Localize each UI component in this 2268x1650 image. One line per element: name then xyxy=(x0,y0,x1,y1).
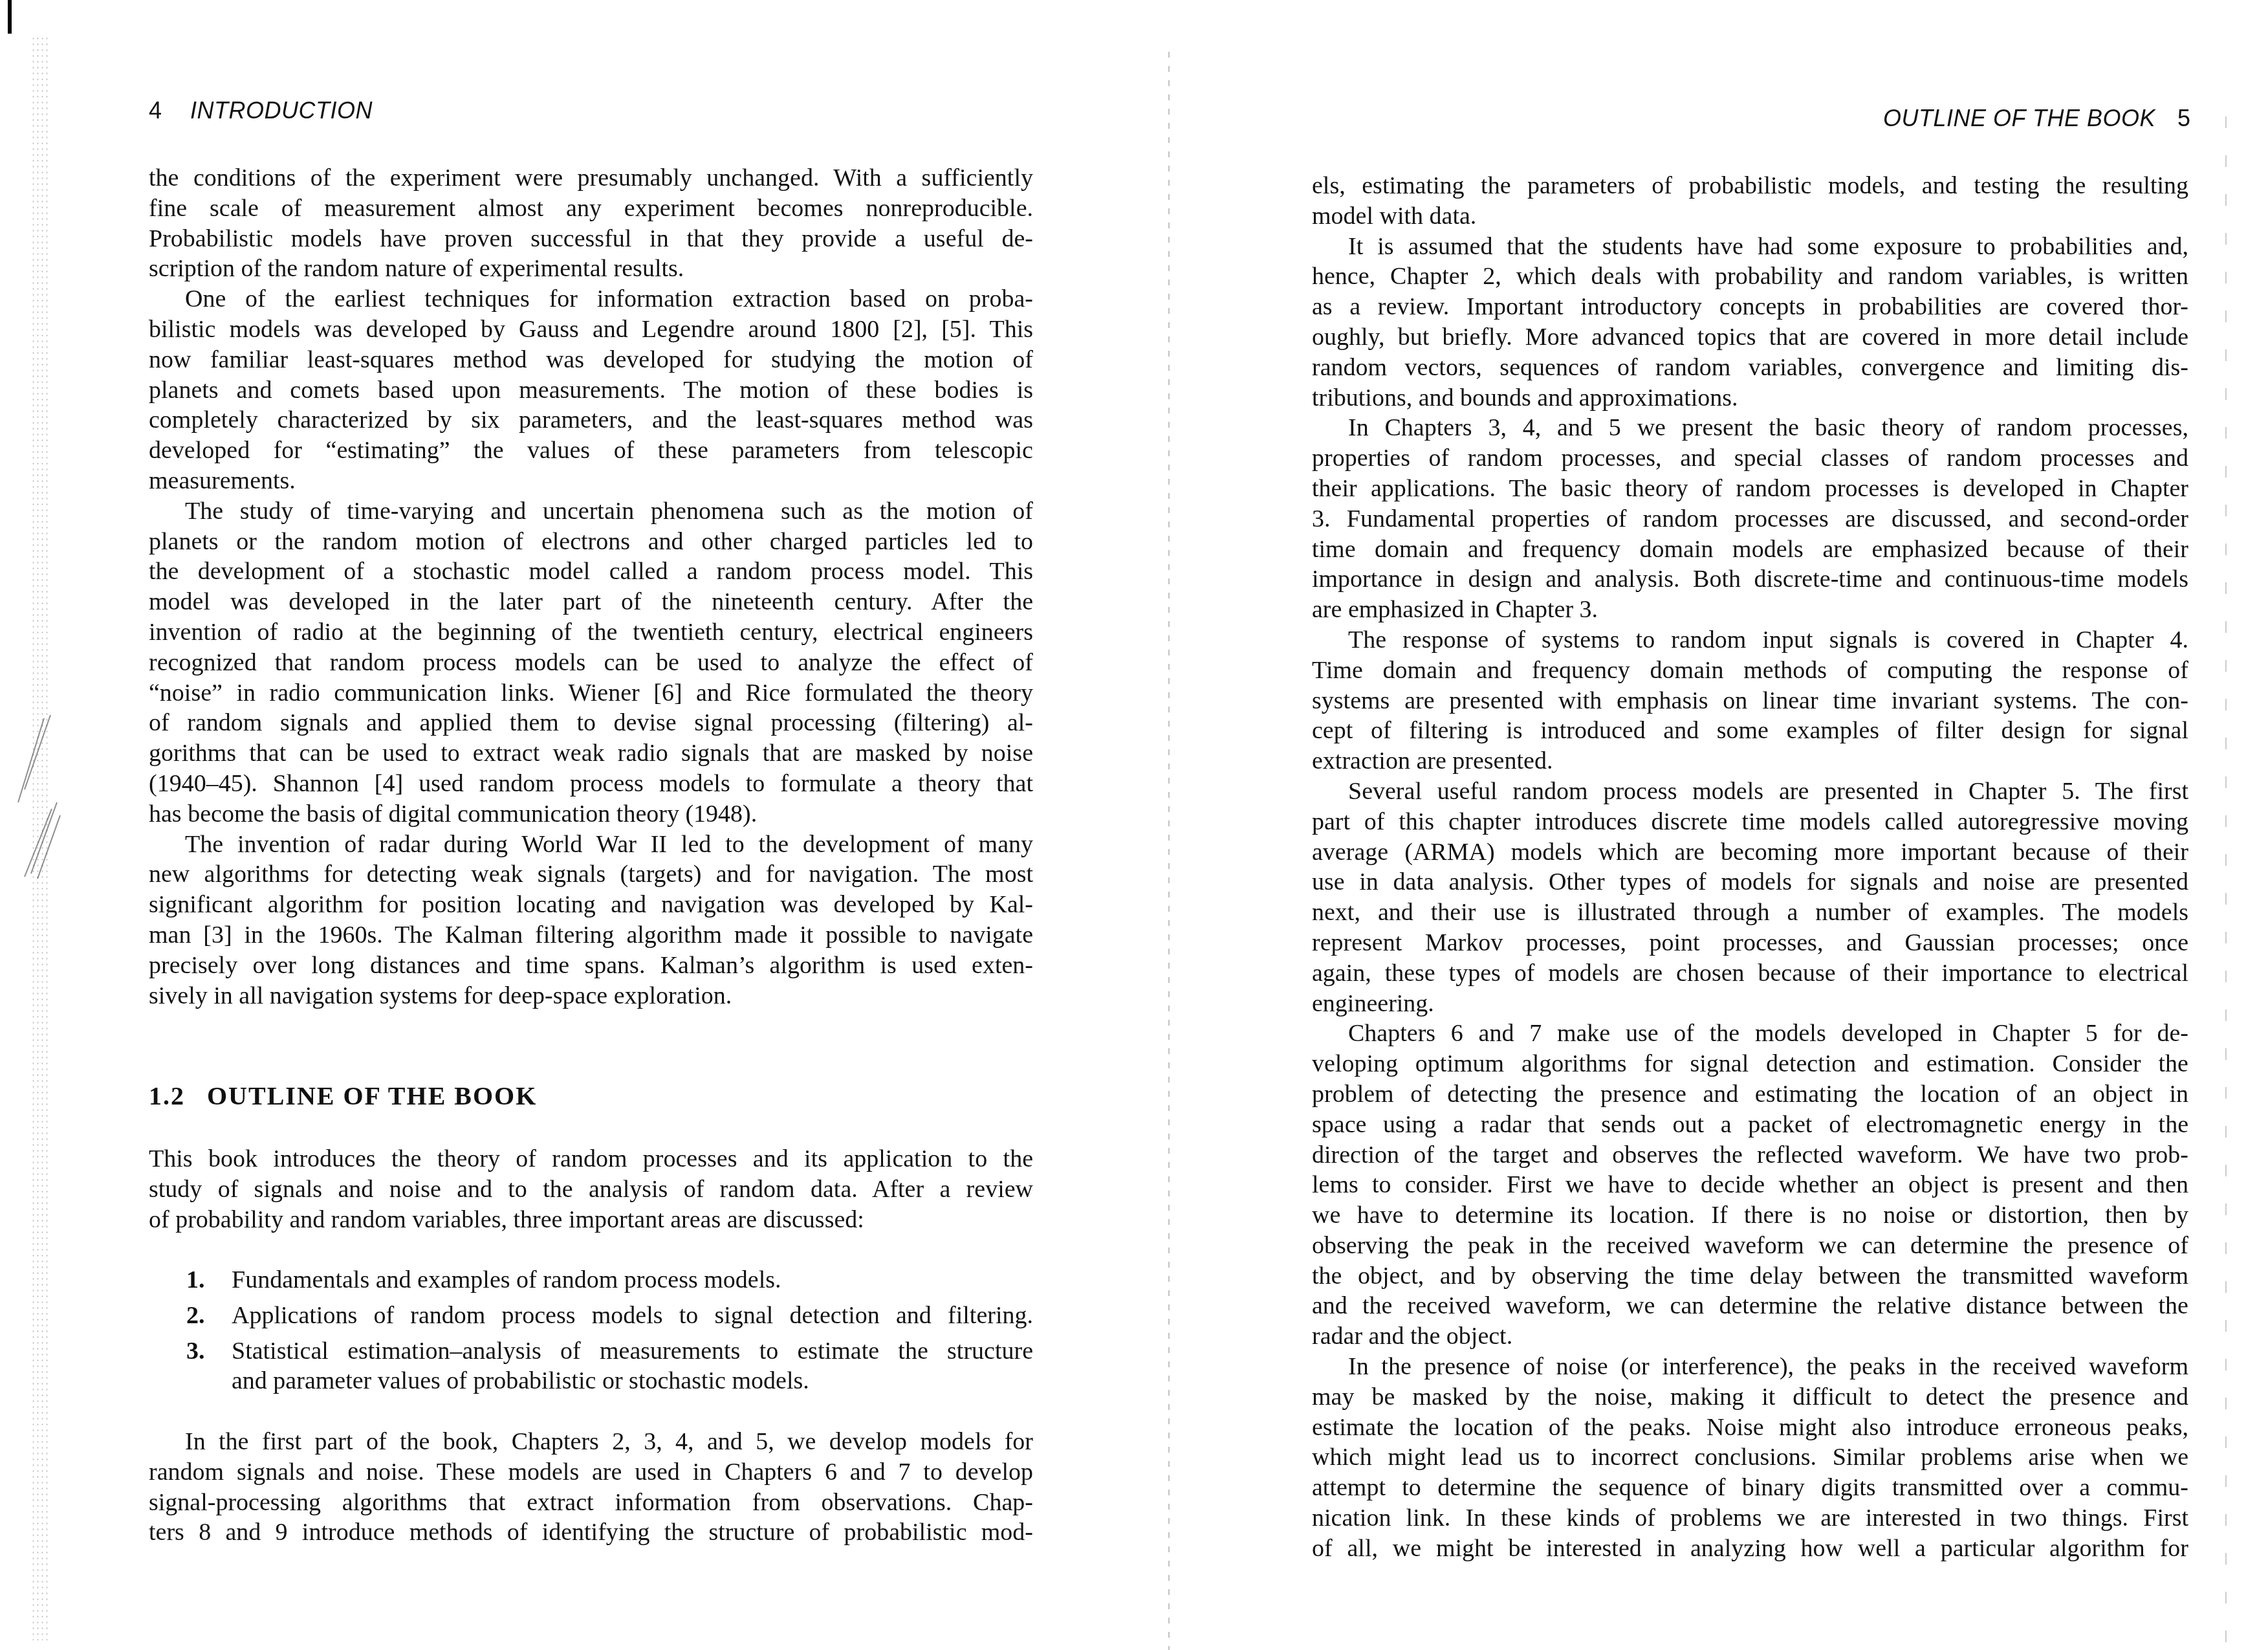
text-line: measurements. xyxy=(149,466,1033,496)
text-line: cept of filtering is introduced and some… xyxy=(1312,716,2188,746)
text-line: planets and comets based upon measuremen… xyxy=(149,375,1033,406)
text-line: completely characterized by six paramete… xyxy=(149,405,1033,435)
text-line: signal-processing algorithms that extrac… xyxy=(149,1488,1033,1518)
section-title: OUTLINE OF THE BOOK xyxy=(207,1081,537,1110)
text-line: properties of random processes, and spec… xyxy=(1312,443,2188,474)
text-line: “noise” in radio communication links. Wi… xyxy=(149,678,1033,709)
text-line: random vectors, sequences of random vari… xyxy=(1312,353,2188,383)
text-line: sively in all navigation systems for dee… xyxy=(149,981,1033,1011)
text-line: ters 8 and 9 introduce methods of identi… xyxy=(149,1517,1033,1548)
text-line: The invention of radar during World War … xyxy=(149,830,1033,860)
text-line: model was developed in the later part of… xyxy=(149,587,1033,617)
text-line: Time domain and frequency domain methods… xyxy=(1312,655,2188,686)
text-line: direction of the target and observes the… xyxy=(1312,1140,2188,1171)
text-line: bilistic models was developed by Gauss a… xyxy=(149,314,1033,345)
list-item-text: Applications of random process models to… xyxy=(232,1301,1033,1331)
list-item-text: and parameter values of probabilistic or… xyxy=(232,1366,1033,1396)
text-line: hence, Chapter 2, which deals with proba… xyxy=(1312,261,2188,292)
list-item: 2. Applications of random process models… xyxy=(149,1301,1033,1331)
text-line: systems are presented with emphasis on l… xyxy=(1312,686,2188,716)
text-line: next, and their use is illustrated throu… xyxy=(1312,897,2188,928)
text-line: nication link. In these kinds of problem… xyxy=(1312,1503,2188,1534)
text-line: now familiar least-squares method was de… xyxy=(149,345,1033,375)
list-marker: 3. xyxy=(149,1336,232,1367)
text-line: represent Markov processes, point proces… xyxy=(1312,928,2188,958)
text-line: use in data analysis. Other types of mod… xyxy=(1312,867,2188,897)
text-line: of random signals and applied them to de… xyxy=(149,708,1033,738)
text-line: and the received waveform, we can determ… xyxy=(1312,1291,2188,1321)
text-line: One of the earliest techniques for infor… xyxy=(149,284,1033,314)
text-line: 3. Fundamental properties of random proc… xyxy=(1312,504,2188,534)
text-line: In the first part of the book, Chapters … xyxy=(149,1427,1033,1457)
text-line: scription of the random nature of experi… xyxy=(149,254,1033,284)
text-line: This book introduces the theory of rando… xyxy=(149,1144,1033,1174)
text-line: importance in design and analysis. Both … xyxy=(1312,564,2188,595)
text-line: as a review. Important introductory conc… xyxy=(1312,292,2188,322)
text-line: attempt to determine the sequence of bin… xyxy=(1312,1473,2188,1503)
list-item: 3. Statistical estimation–analysis of me… xyxy=(149,1336,1033,1397)
text-line: their applications. The basic theory of … xyxy=(1312,474,2188,504)
text-line: invention of radio at the beginning of t… xyxy=(149,617,1033,648)
text-line: planets or the random motion of electron… xyxy=(149,527,1033,557)
text-line: study of signals and noise and to the an… xyxy=(149,1174,1033,1205)
list-marker: 1. xyxy=(149,1265,232,1295)
text-line: recognized that random process models ca… xyxy=(149,648,1033,678)
text-line: It is assumed that the students have had… xyxy=(1312,232,2188,262)
numbered-list: 1. Fundamentals and examples of random p… xyxy=(149,1265,1033,1396)
text-line: we have to determine its location. If th… xyxy=(1312,1200,2188,1231)
list-item-text: Fundamentals and examples of random proc… xyxy=(232,1265,1033,1295)
text-line: developed for “estimating” the values of… xyxy=(149,435,1033,466)
list-marker: 2. xyxy=(149,1301,232,1331)
text-line: average (ARMA) models which are becoming… xyxy=(1312,837,2188,868)
text-line: observing the peak in the received wavef… xyxy=(1312,1231,2188,1261)
right-body-text: els, estimating the parameters of probab… xyxy=(1312,171,2188,1564)
page-number: 4 xyxy=(149,97,162,124)
text-line: Several useful random process models are… xyxy=(1312,776,2188,807)
text-line: Chapters 6 and 7 make use of the models … xyxy=(1312,1018,2188,1049)
text-line: In the presence of noise (or interferenc… xyxy=(1312,1352,2188,1382)
text-line: (1940–45). Shannon [4] used random proce… xyxy=(149,769,1033,799)
text-line: which might lead us to incorrect conclus… xyxy=(1312,1442,2188,1473)
right-running-head: OUTLINE OF THE BOOK5 xyxy=(1883,105,2190,132)
text-line: of probability and random variables, thr… xyxy=(149,1205,1033,1235)
section-heading: 1.2OUTLINE OF THE BOOK xyxy=(149,1081,537,1111)
text-line: new algorithms for detecting weak signal… xyxy=(149,859,1033,890)
text-line: model with data. xyxy=(1312,201,2188,232)
text-line: Probabilistic models have proven success… xyxy=(149,224,1033,254)
text-line: The response of systems to random input … xyxy=(1312,625,2188,655)
text-line: els, estimating the parameters of probab… xyxy=(1312,171,2188,201)
text-line: may be masked by the noise, making it di… xyxy=(1312,1382,2188,1413)
text-line: precisely over long distances and time s… xyxy=(149,951,1033,981)
text-line: The study of time-varying and uncertain … xyxy=(149,496,1033,527)
text-line: time domain and frequency domain models … xyxy=(1312,534,2188,565)
running-title: OUTLINE OF THE BOOK xyxy=(1883,105,2155,131)
running-title: INTRODUCTION xyxy=(190,97,373,124)
right-page: OUTLINE OF THE BOOK5 els, estimating the… xyxy=(1139,0,2268,1650)
text-line: space using a radar that sends out a pac… xyxy=(1312,1110,2188,1140)
text-line: engineering. xyxy=(1312,989,2188,1019)
text-line: the conditions of the experiment were pr… xyxy=(149,163,1033,193)
text-line: fine scale of measurement almost any exp… xyxy=(149,193,1033,224)
outline-intro-paragraph: This book introduces the theory of rando… xyxy=(149,1144,1033,1235)
text-line: has become the basis of digital communic… xyxy=(149,799,1033,830)
text-line: the development of a stochastic model ca… xyxy=(149,556,1033,587)
left-running-head: 4 INTRODUCTION xyxy=(149,97,373,124)
section-number: 1.2 xyxy=(149,1081,185,1110)
text-line: estimate the location of the peaks. Nois… xyxy=(1312,1413,2188,1443)
body-paragraphs-intro: the conditions of the experiment were pr… xyxy=(149,163,1033,1011)
text-line: lems to consider. First we have to decid… xyxy=(1312,1170,2188,1200)
text-line: are emphasized in Chapter 3. xyxy=(1312,595,2188,625)
text-line: part of this chapter introduces discrete… xyxy=(1312,807,2188,837)
text-line: veloping optimum algorithms for signal d… xyxy=(1312,1049,2188,1079)
text-line: radar and the object. xyxy=(1312,1321,2188,1352)
text-line: again, these types of models are chosen … xyxy=(1312,958,2188,989)
text-line: the object, and by observing the time de… xyxy=(1312,1261,2188,1292)
text-line: problem of detecting the presence and es… xyxy=(1312,1079,2188,1110)
text-line: In Chapters 3, 4, and 5 we present the b… xyxy=(1312,413,2188,443)
list-item: 1. Fundamentals and examples of random p… xyxy=(149,1265,1033,1295)
text-line: significant algorithm for position locat… xyxy=(149,890,1033,920)
text-line: tributions, and bounds and approximation… xyxy=(1312,383,2188,413)
list-item-text: Statistical estimation–analysis of measu… xyxy=(232,1336,1033,1367)
text-line: man [3] in the 1960s. The Kalman filteri… xyxy=(149,920,1033,951)
text-line: random signals and noise. These models a… xyxy=(149,1457,1033,1488)
left-page: 4 INTRODUCTION the conditions of the exp… xyxy=(0,0,1139,1650)
text-line: gorithms that can be used to extract wea… xyxy=(149,738,1033,769)
text-line: extraction are presented. xyxy=(1312,746,2188,776)
text-line: oughly, but briefly. More advanced topic… xyxy=(1312,322,2188,353)
text-line: of all, we might be interested in analyz… xyxy=(1312,1534,2188,1564)
body-paragraph-first-part: In the first part of the book, Chapters … xyxy=(149,1427,1033,1548)
page-number: 5 xyxy=(2177,105,2190,131)
